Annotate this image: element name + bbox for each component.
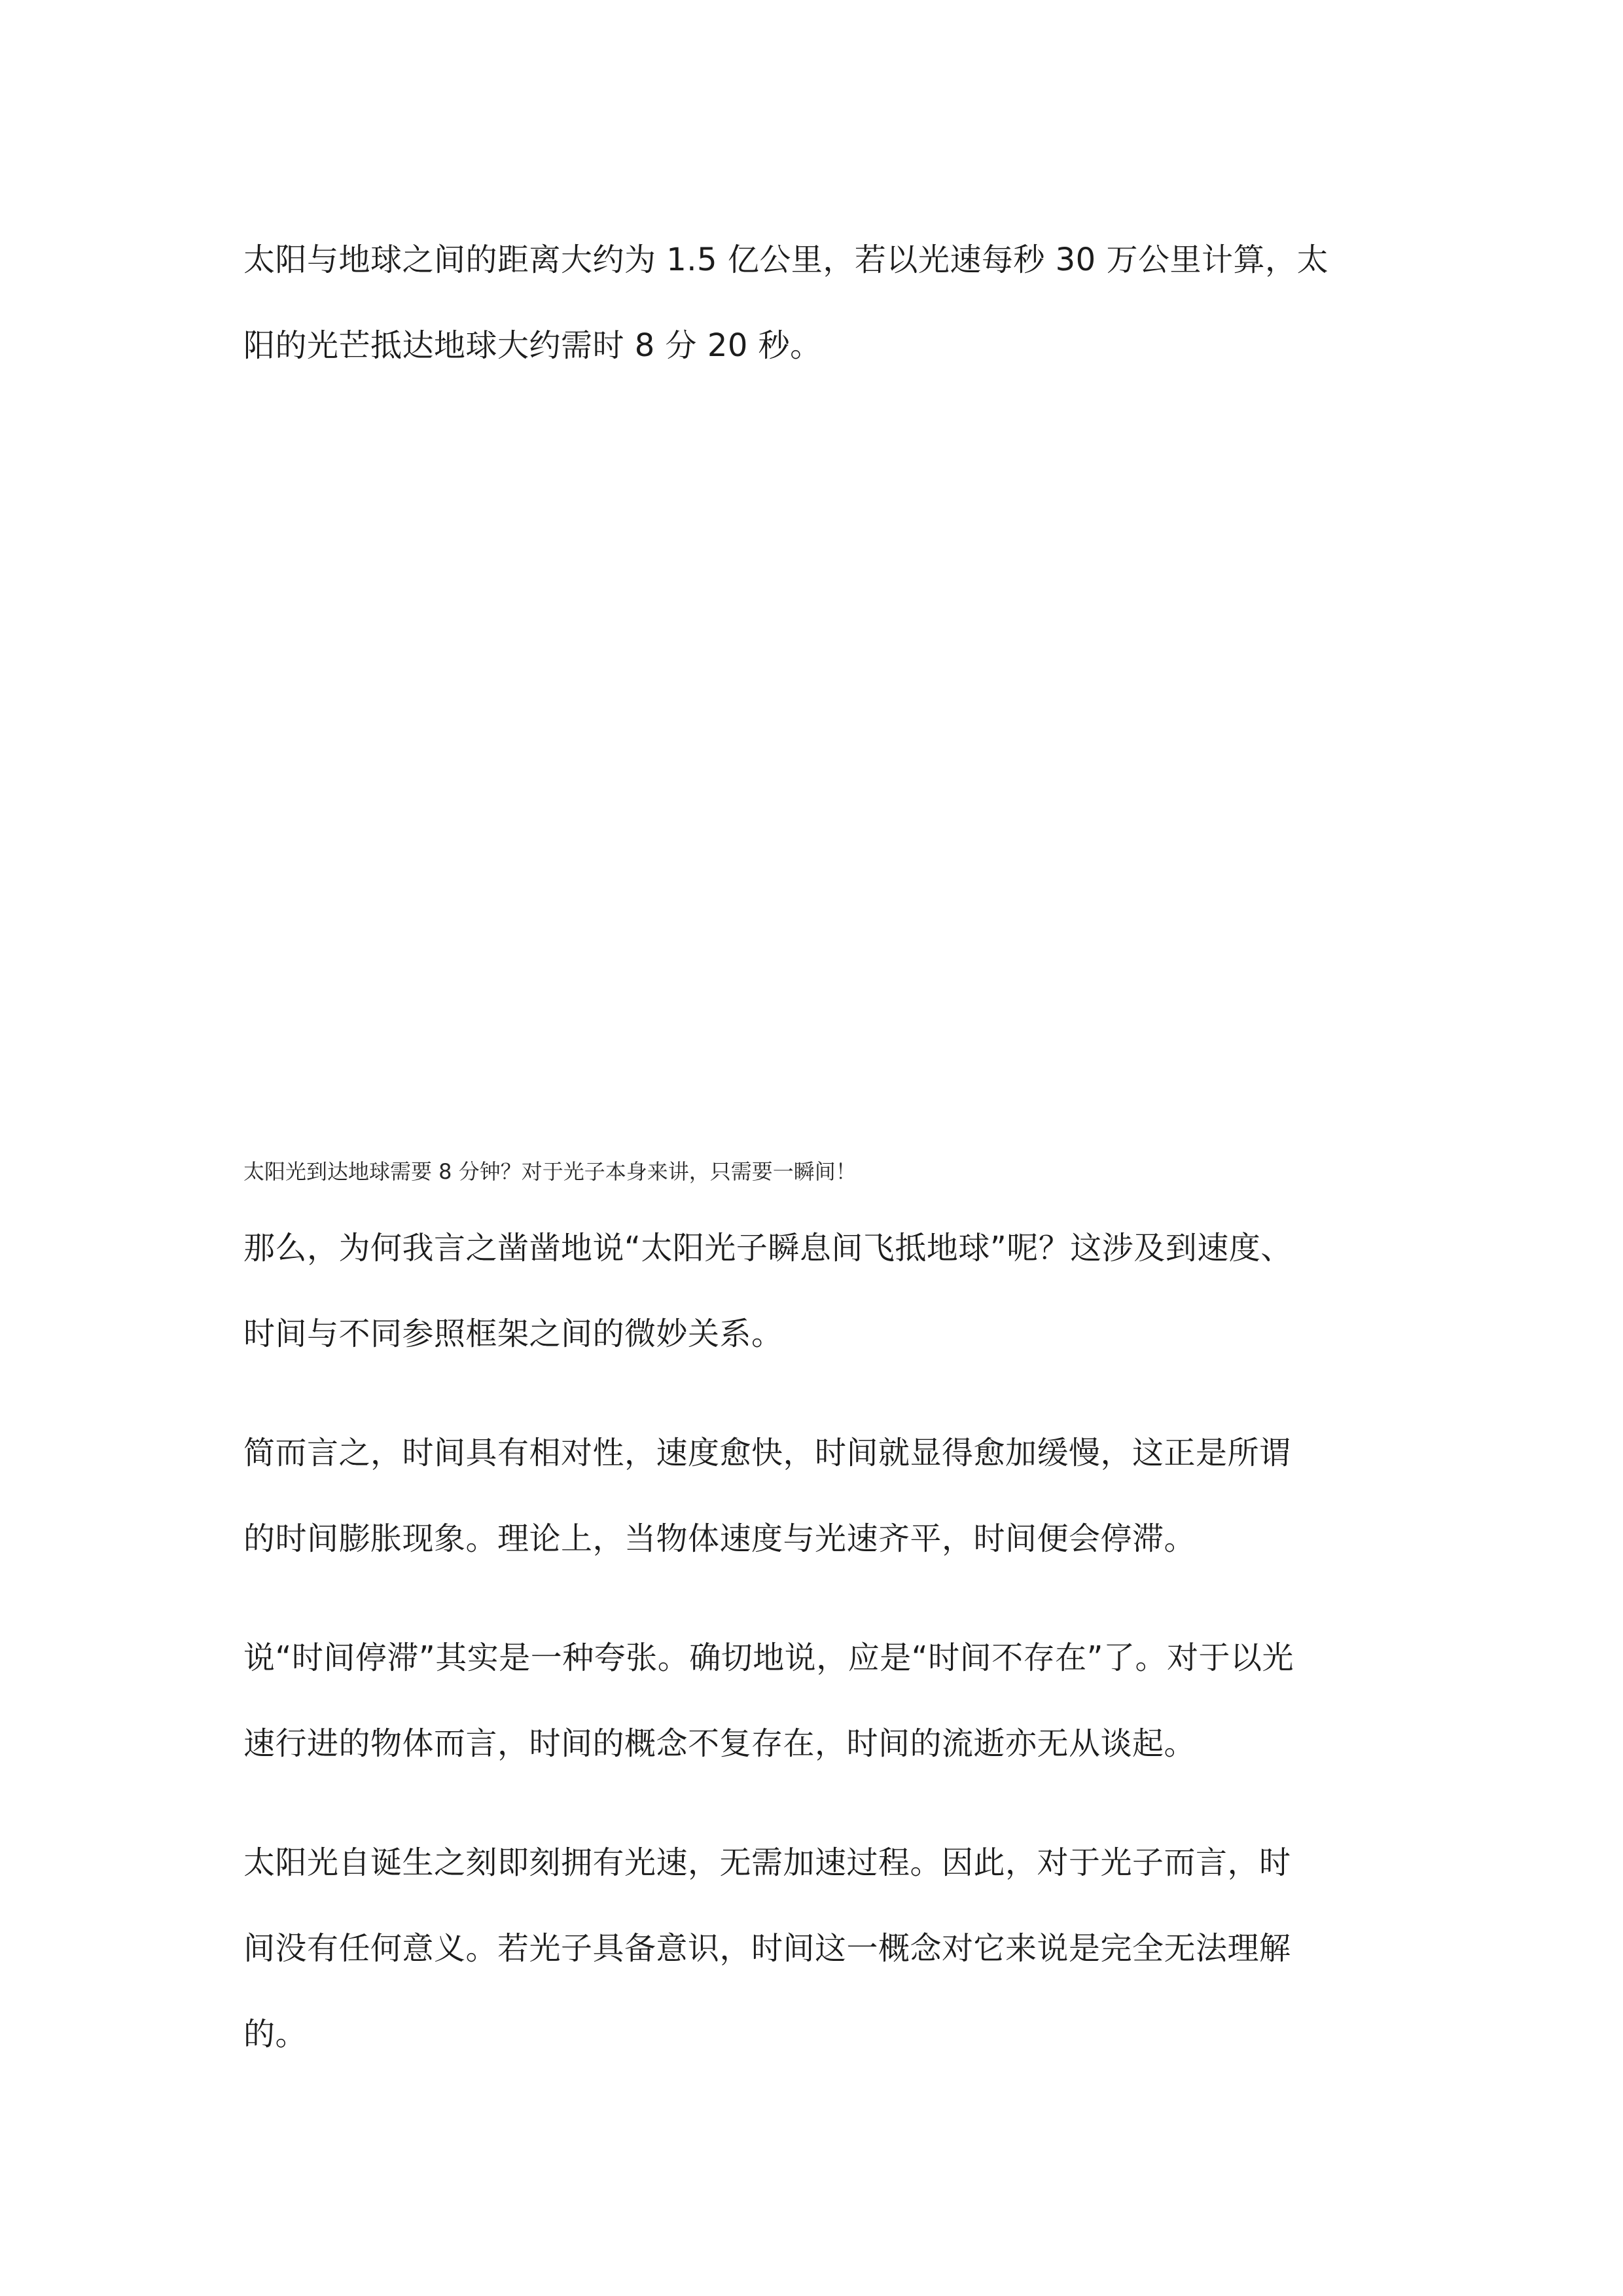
paragraph-line: 那么，为何我言之凿凿地说“太阳光子瞬息间飞抵地球”呢？这涉及到速度、 <box>243 1206 1382 1291</box>
body-paragraph-1: 那么，为何我言之凿凿地说“太阳光子瞬息间飞抵地球”呢？这涉及到速度、 时间与不同… <box>243 1206 1382 1377</box>
paragraph-line: 简而言之，时间具有相对性，速度愈快，时间就显得愈加缓慢，这正是所谓 <box>243 1410 1382 1496</box>
paragraph-line: 说“时间停滞”其实是一种夸张。确切地说，应是“时间不存在”了。对于以光 <box>243 1615 1382 1701</box>
paragraph-line: 太阳光自诞生之刻即刻拥有光速，无需加速过程。因此，对于光子而言，时 <box>243 1820 1382 1906</box>
intro-paragraph: 太阳与地球之间的距离大约为 1.5 亿公里，若以光速每秒 30 万公里计算，太 … <box>243 217 1382 389</box>
paragraph-line: 的时间膨胀现象。理论上，当物体速度与光速齐平，时间便会停滞。 <box>243 1496 1382 1582</box>
document-page: 太阳与地球之间的距离大约为 1.5 亿公里，若以光速每秒 30 万公里计算，太 … <box>0 0 1623 2296</box>
paragraph-line: 阳的光芒抵达地球大约需时 8 分 20 秒。 <box>243 303 1382 389</box>
paragraph-line: 太阳与地球之间的距离大约为 1.5 亿公里，若以光速每秒 30 万公里计算，太 <box>243 217 1382 303</box>
body-paragraph-4: 太阳光自诞生之刻即刻拥有光速，无需加速过程。因此，对于光子而言，时 间没有任何意… <box>243 1820 1382 2077</box>
article-image-area <box>243 419 1382 1139</box>
paragraph-line: 速行进的物体而言，时间的概念不复存在，时间的流逝亦无从谈起。 <box>243 1701 1382 1787</box>
body-paragraph-3: 说“时间停滞”其实是一种夸张。确切地说，应是“时间不存在”了。对于以光 速行进的… <box>243 1615 1382 1787</box>
image-caption: 太阳光到达地球需要 8 分钟？对于光子本身来讲，只需要一瞬间！ <box>243 1158 857 1185</box>
paragraph-line: 的。 <box>243 1992 1382 2077</box>
paragraph-line: 时间与不同参照框架之间的微妙关系。 <box>243 1291 1382 1377</box>
body-paragraph-2: 简而言之，时间具有相对性，速度愈快，时间就显得愈加缓慢，这正是所谓 的时间膨胀现… <box>243 1410 1382 1582</box>
paragraph-line: 间没有任何意义。若光子具备意识，时间这一概念对它来说是完全无法理解 <box>243 1906 1382 1992</box>
